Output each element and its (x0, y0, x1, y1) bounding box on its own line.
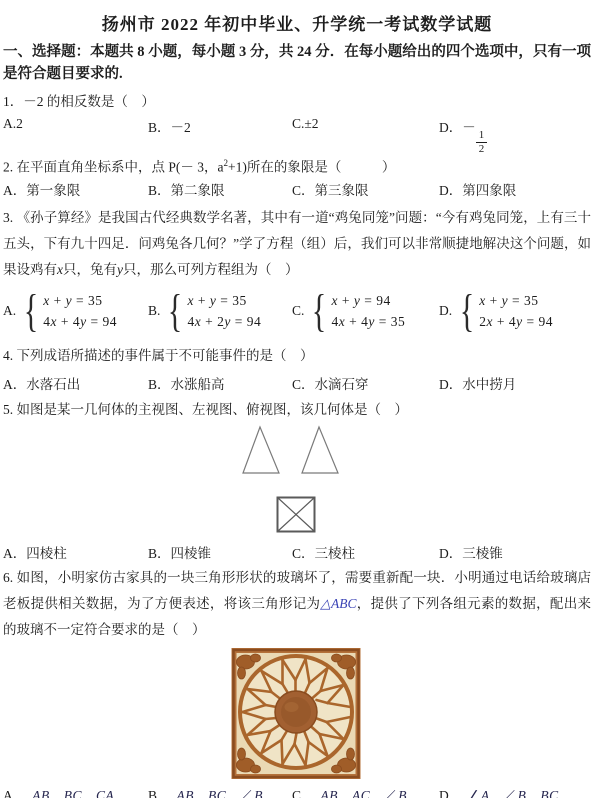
q3-option-a: A. { x + y = 354x + 4y = 94 (3, 289, 148, 333)
fraction-one-half: 12 (476, 129, 488, 155)
q1-stem: 1．－2 的相反数是（ ） (3, 93, 591, 111)
q1-options: A.2 B．－2 C.±2 D．－12 (3, 116, 591, 155)
left-brace: { (460, 289, 474, 333)
q6-option-d: D．∠A，∠B，BC (439, 784, 591, 798)
q4-option-d: D．水中捞月 (439, 373, 591, 393)
q2-stem: 2. 在平面直角坐标系中，点 P(－ 3，a2+1)所在的象限是（ ） (3, 154, 591, 177)
q5-option-b: B．四棱锥 (148, 542, 292, 562)
q5-stem: 5. 如图是某一几何体的主视图、左视图、俯视图，该几何体是（ ） (3, 401, 591, 419)
page-title: 扬州市 2022 年初中毕业、升学统一考试数学试题 (0, 10, 594, 35)
q2-options: A．第一象限 B．第二象限 C．第三象限 D．第四象限 (3, 179, 591, 199)
top-view-square-with-diagonals (3, 496, 591, 534)
left-brace: { (168, 289, 182, 333)
section-intro: 一、选择题：本题共 8 小题，每小题 3 分，共 24 分．在每小题给出的四个选… (3, 41, 591, 85)
q4-option-c: C．水滴石穿 (292, 373, 439, 393)
q6-option-a: A．AB，BC，CA (3, 784, 148, 798)
q3-stem: 3. 《孙子算经》是我国古代经典数学名著，其中有一道“鸡兔同笼”问题：“今有鸡兔… (3, 205, 591, 283)
q2-option-c: C．第三象限 (292, 179, 439, 199)
q1-option-b: B．－2 (148, 116, 292, 136)
q4-stem: 4. 下列成语所描述的事件属于不可能事件的是（ ） (3, 347, 591, 365)
q2-option-a: A．第一象限 (3, 179, 148, 199)
q2-option-d: D．第四象限 (439, 179, 591, 199)
q6-option-c: C．AB，AC，∠B (292, 784, 439, 798)
q6-stem: 6. 如图，小明家仿古家具的一块三角形形状的玻璃坏了，需要重新配一块．小明通过电… (3, 565, 591, 643)
q4-option-a: A．水落石出 (3, 373, 148, 393)
q5-option-a: A．四棱柱 (3, 542, 148, 562)
q5-option-d: D．三棱锥 (439, 542, 591, 562)
q3-option-d: D. { x + y = 352x + 4y = 94 (439, 289, 591, 333)
front-and-side-view-triangles (3, 425, 591, 477)
q4-option-b: B．水涨船高 (148, 373, 292, 393)
q3-options: A. { x + y = 354x + 4y = 94 B. { x + y =… (3, 289, 591, 333)
left-brace: { (24, 289, 38, 333)
q5-options: A．四棱柱 B．四棱锥 C．三棱柱 D．三棱锥 (3, 542, 591, 562)
exam-paper-page: 扬州市 2022 年初中毕业、升学统一考试数学试题 一、选择题：本题共 8 小题… (0, 0, 594, 798)
q1-option-d: D．－12 (439, 116, 591, 155)
antique-furniture-photo (2, 648, 590, 779)
q4-options: A．水落石出 B．水涨船高 C．水滴石穿 D．水中捞月 (3, 373, 591, 393)
q1-option-c: C.±2 (292, 116, 439, 132)
q6-option-b: B．AB，BC，∠B (148, 784, 292, 798)
q5-option-c: C．三棱柱 (292, 542, 439, 562)
q6-options: A．AB，BC，CA B．AB，BC，∠B C．AB，AC，∠B D．∠A，∠B… (3, 784, 591, 798)
left-brace: { (312, 289, 326, 333)
q1-option-a: A.2 (3, 116, 148, 132)
q2-option-b: B．第二象限 (148, 179, 292, 199)
triangle-abc-reference: △ABC (320, 596, 356, 611)
q3-option-b: B. { x + y = 354x + 2y = 94 (148, 289, 292, 333)
q3-option-c: C. { x + y = 944x + 4y = 35 (292, 289, 439, 333)
